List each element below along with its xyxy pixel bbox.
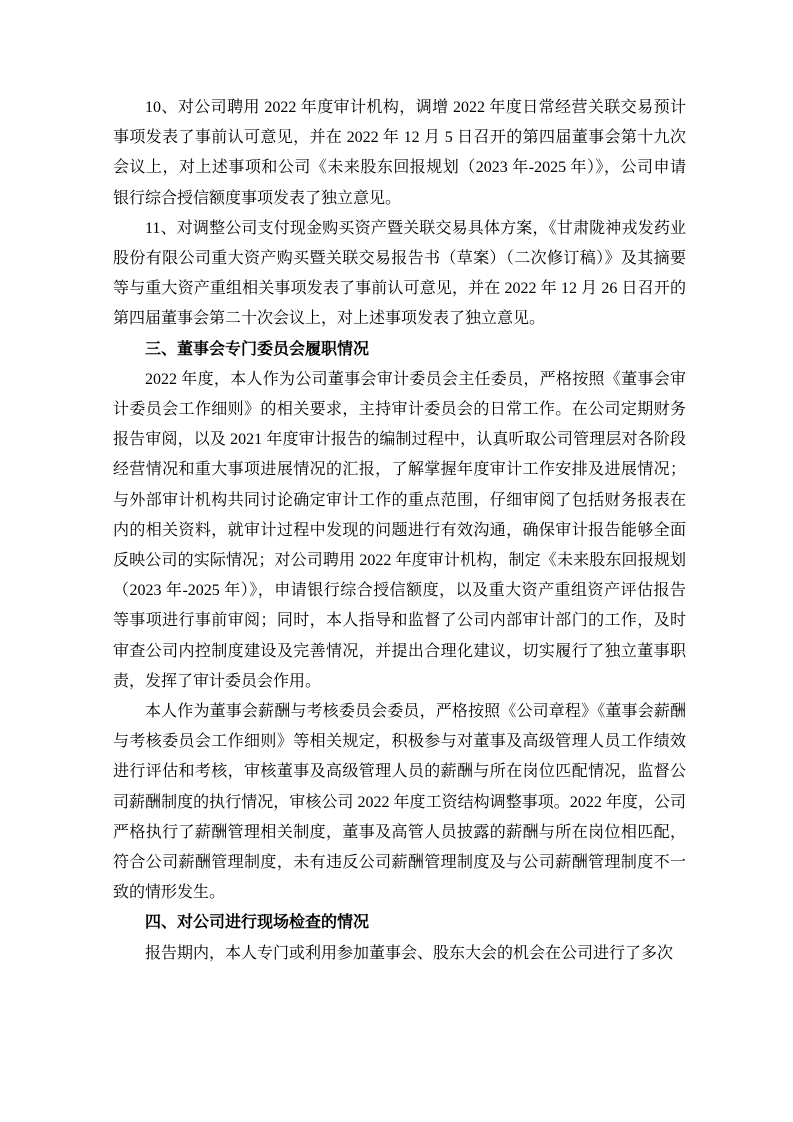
section-heading-onsite-inspection: 四、对公司进行现场检查的情况 <box>113 908 686 938</box>
paragraph-compensation-committee-duties: 本人作为董事会薪酬与考核委员会委员，严格按照《公司章程》《董事会薪酬与考核委员会… <box>113 697 686 908</box>
paragraph-item11-asset-purchase-opinion: 11、对调整公司支付现金购买资产暨关联交易具体方案，《甘肃陇神戎发药业股份有限公… <box>113 214 686 335</box>
paragraph-audit-committee-duties: 2022 年度，本人作为公司董事会审计委员会主任委员，严格按照《董事会审计委员会… <box>113 365 686 697</box>
paragraph-item10-prior-approval-opinion: 10、对公司聘用 2022 年度审计机构，调增 2022 年度日常经营关联交易预… <box>113 93 686 214</box>
section-heading-board-committees: 三、董事会专门委员会履职情况 <box>113 335 686 365</box>
document-body: 10、对公司聘用 2022 年度审计机构，调增 2022 年度日常经营关联交易预… <box>113 93 686 969</box>
paragraph-onsite-inspection-intro: 报告期内，本人专门或利用参加董事会、股东大会的机会在公司进行了多次 <box>113 939 686 969</box>
document-page: 10、对公司聘用 2022 年度审计机构，调增 2022 年度日常经营关联交易预… <box>0 0 793 1122</box>
